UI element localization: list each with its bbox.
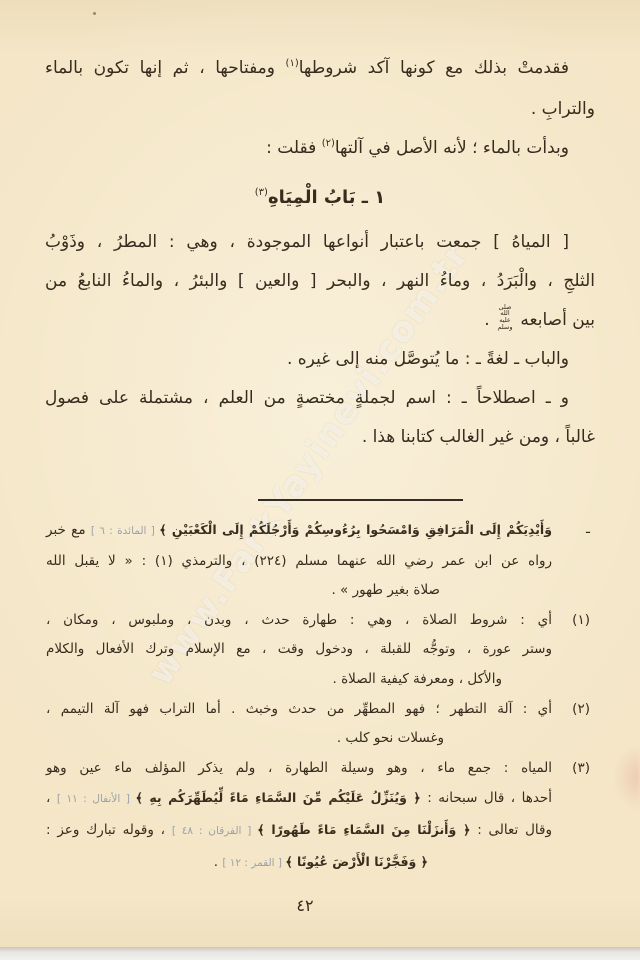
text-run: أي : شروط الصلاة ، وهي : طهارة حدث ، وبد… [46,612,552,628]
scan-smudge [614,745,640,810]
text-run: . [484,310,495,330]
footnote-line: أي : آلة التطهر ؛ فهو المطهِّر من حدث وخ… [46,695,552,725]
main-text-line: الثلجِ ، والْبَرَدُ ، وماءُ النهر ، والب… [45,262,595,301]
quran-verse: ﴿ وَأَنزَلْنَا مِنَ السَّمَاءِ مَاءً طَه… [257,822,470,837]
text-run: ومفتاحها ، ثم إنها تكون بالماء [45,58,286,78]
scanned-book-page: www.FarkYayinevi.com.tr فقدمتْ بذلك مع ك… [0,0,640,960]
text-run: وستر عورة ، وتوجُّه للقبلة ، ودخول وقت ،… [46,641,552,657]
surah-reference: [ القمر : ١٢ ] [222,857,285,869]
footnote-item: ـوَأَيْدِيَكُمْ إِلَى الْمَرَافِقِ وَامْ… [46,515,592,606]
text-run: والترابِ . [531,99,595,119]
footnote-line: أحدها ، قال سبحانه : ﴿ وَيُنَزِّلُ عَلَي… [46,783,552,815]
text-run: المياه : جمع ماء ، وهو وسيلة الطهارة ، و… [46,760,552,776]
footnote-line: المياه : جمع ماء ، وهو وسيلة الطهارة ، و… [46,754,552,784]
chapter-heading: ١ ـ بَابُ الْمِيَاهِ(٣) [45,178,595,220]
text-run: [ المياهُ ] جمعت باعتبار أنواعها الموجود… [45,232,569,252]
page-number: ٤٢ [0,896,610,915]
text-run: أي : آلة التطهر ؛ فهو المطهِّر من حدث وخ… [46,701,552,717]
quran-verse: ﴿ وَيُنَزِّلُ عَلَيْكُم مِّنَ السَّمَاءِ… [135,790,420,805]
footnote-line: والأكل ، ومعرفة كيفية الصلاة . [46,665,552,695]
footnote-ref-superscript: (٢) [322,138,335,149]
main-text-line: والترابِ . [45,90,595,129]
text-run: أحدها ، قال سبحانه : [421,790,552,806]
text-run: فقدمتْ بذلك مع كونها آكد شروطها [299,58,569,78]
text-run: وقال تعالى : [470,822,552,838]
footnote-item: (٣)المياه : جمع ماء ، وهو وسيلة الطهارة … [46,754,592,878]
footnote-marker: ـ [586,515,590,545]
footnote-line: رواه عن ابن عمر رضي الله عنهما مسلم (٢٢٤… [46,547,552,577]
footnote-marker: (١) [572,606,590,636]
footnote-section: ـوَأَيْدِيَكُمْ إِلَى الْمَرَافِقِ وَامْ… [46,515,592,878]
footnote-ref-superscript: (٣) [255,187,268,198]
main-text-line: و ـ اصطلاحاً ـ : اسم لجملةٍ مختصةٍ من ال… [45,379,595,418]
main-text-line: فقدمتْ بذلك مع كونها آكد شروطها(١) ومفتا… [45,49,595,90]
text-run: والأكل ، ومعرفة كيفية الصلاة . [333,671,502,687]
main-text-line: [ المياهُ ] جمعت باعتبار أنواعها الموجود… [45,223,595,262]
footnote-line: وقال تعالى : ﴿ وَأَنزَلْنَا مِنَ السَّمَ… [46,815,552,847]
footnote-line: وستر عورة ، وتوجُّه للقبلة ، ودخول وقت ،… [46,635,552,665]
page-bottom-edge [0,947,640,960]
surah-reference: [ الفرقان : ٤٨ ] [172,825,257,837]
footnote-separator-line [258,499,463,501]
footnote-line: صلاة بغير طهور » . [46,576,552,606]
text-run: وغسلات نحو كلب . [337,730,444,746]
quran-verse: وَأَيْدِيَكُمْ إِلَى الْمَرَافِقِ وَامْس… [159,522,552,537]
main-text-block: فقدمتْ بذلك مع كونها آكد شروطها(١) ومفتا… [45,49,595,457]
main-text-line: وبدأت بالماء ؛ لأنه الأصل في آلتها(٢) فق… [45,129,595,170]
footnote-marker: (٣) [572,754,590,784]
text-run: صلاة بغير طهور » . [331,582,440,598]
text-run: فقلت : [266,138,322,158]
footnote-item: (٢)أي : آلة التطهر ؛ فهو المطهِّر من حدث… [46,695,592,754]
text-run: مع خبر [46,522,91,538]
footnote-line: وغسلات نحو كلب . [46,724,552,754]
main-text-line: بين أصابعه صلى الله عليه وسلم . [45,301,595,340]
main-text-line: والباب ـ لغةً ـ : ما يُتوصَّل منه إلى غي… [45,340,595,379]
text-run: رواه عن ابن عمر رضي الله عنهما مسلم (٢٢٤… [46,553,552,569]
surah-reference: [ المائدة : ٦ ] [91,525,159,537]
footnote-line: أي : شروط الصلاة ، وهي : طهارة حدث ، وبد… [46,606,552,636]
text-run: ، [46,790,57,806]
paper-speck [93,12,96,15]
text-run: وبدأت بالماء ؛ لأنه الأصل في آلتها [335,138,569,158]
footnote-line: ﴿ وَفَجَّرْنَا الْأَرْضَ عُيُونًا ﴾ [ ال… [46,847,552,879]
main-text-line: غالباً ، ومن غير الغالب كتابنا هذا . [45,418,595,457]
heading-text: ١ ـ بَابُ الْمِيَاهِ [268,187,385,208]
text-run: بين أصابعه [515,310,595,330]
text-run: والباب ـ لغةً ـ : ما يُتوصَّل منه إلى غي… [287,349,569,369]
footnote-marker: (٢) [572,695,590,725]
honorific-symbol: صلى الله عليه وسلم [495,304,515,331]
text-run: ، وقوله تبارك وعز : [46,822,172,838]
footnote-ref-superscript: (١) [286,58,299,69]
footnote-item: (١)أي : شروط الصلاة ، وهي : طهارة حدث ، … [46,606,592,695]
text-run: غالباً ، ومن غير الغالب كتابنا هذا . [362,427,595,447]
text-run: و ـ اصطلاحاً ـ : اسم لجملةٍ مختصةٍ من ال… [45,388,569,408]
surah-reference: [ الأنفال : ١١ ] [57,793,136,805]
quran-verse: ﴿ وَفَجَّرْنَا الْأَرْضَ عُيُونًا ﴾ [285,854,428,869]
footnote-line: وَأَيْدِيَكُمْ إِلَى الْمَرَافِقِ وَامْس… [46,515,552,547]
text-run: الثلجِ ، والْبَرَدُ ، وماءُ النهر ، والب… [45,271,595,291]
